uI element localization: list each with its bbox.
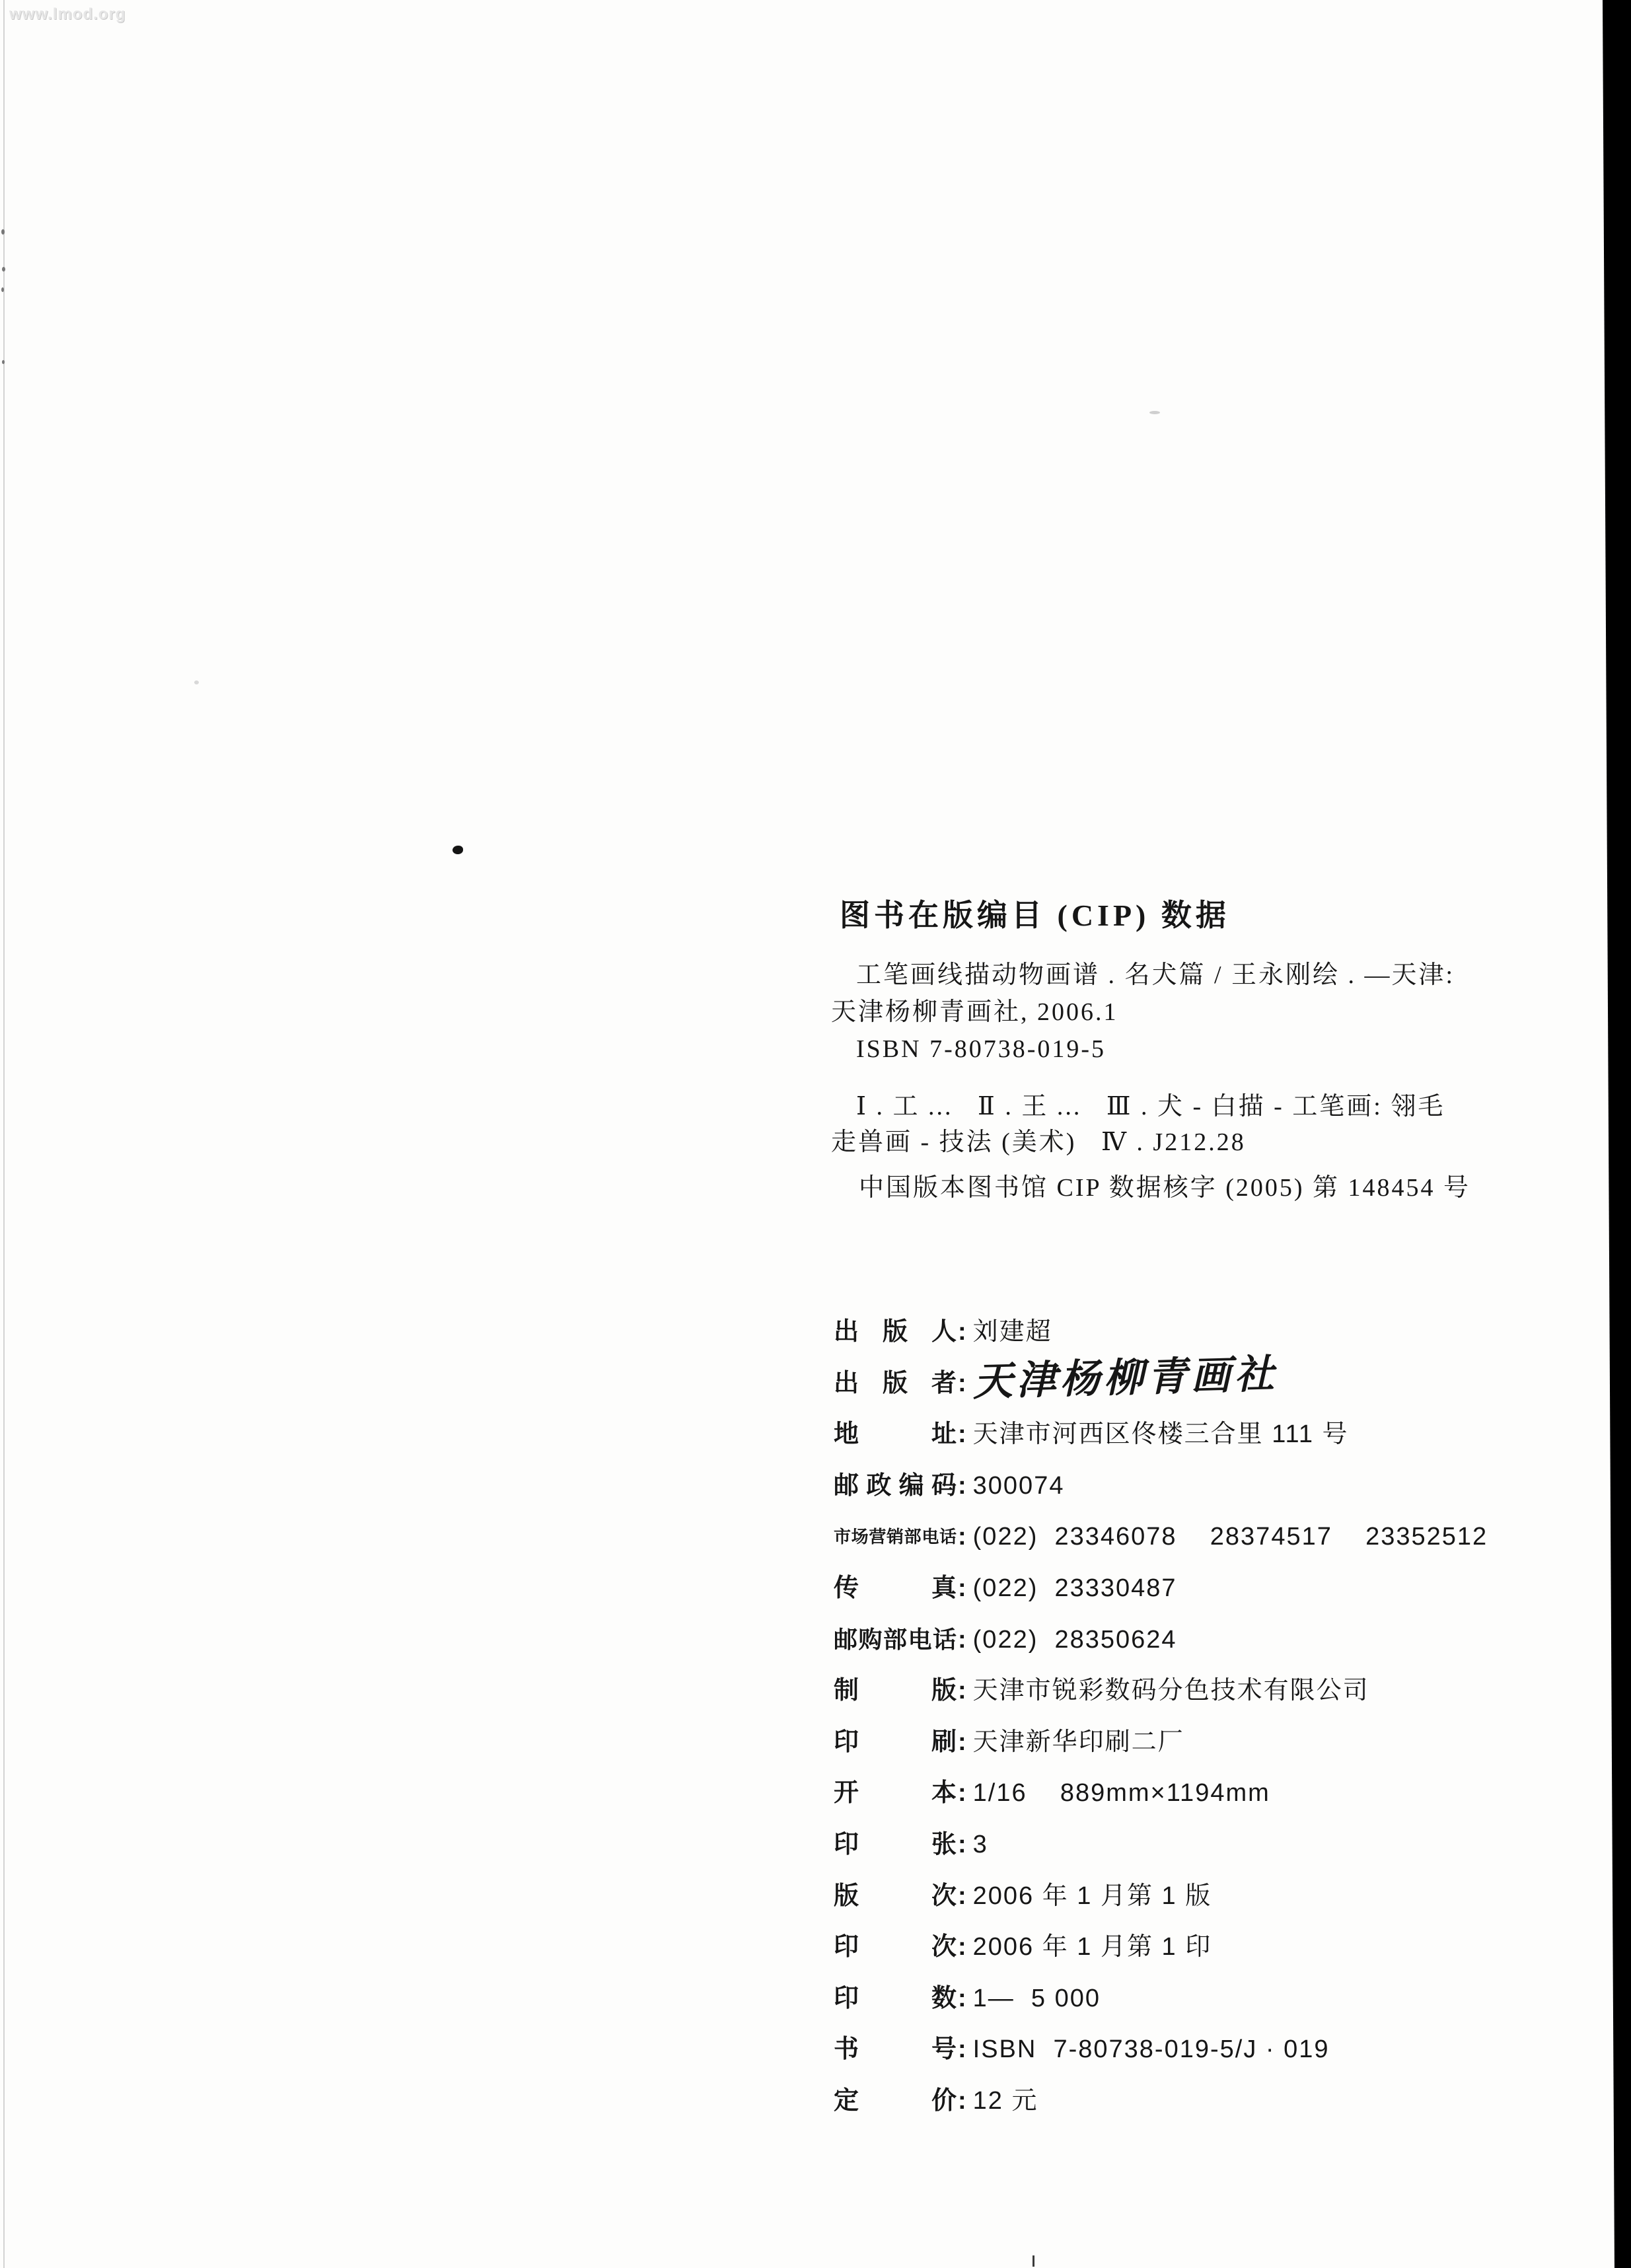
row-label: 地址	[834, 1418, 957, 1450]
row-colon: :	[958, 1675, 966, 1706]
row-value: (022) 23346078 28374517 23352512	[973, 1521, 1488, 1553]
row-label: 开本	[834, 1777, 957, 1809]
cip-entry: 工笔画线描动物画谱 . 名犬篇 / 王永刚绘 . —天津: 天津杨柳青画社, 2…	[831, 957, 1531, 1068]
cip-entry-line: ISBN 7-80738-019-5	[831, 1031, 1531, 1068]
row-label: 版次	[834, 1880, 957, 1912]
row-value: 12 元	[973, 2085, 1038, 2117]
row-value: 300074	[973, 1470, 1065, 1502]
scan-speck	[1, 287, 4, 292]
colophon-row-book-number: 书号:ISBN 7-80738-019-5/J · 019	[834, 2033, 1560, 2085]
row-value: 2006 年 1 月第 1 版	[973, 1880, 1212, 1912]
row-value: 天津市河西区佟楼三合里 111 号	[973, 1418, 1349, 1450]
row-colon: :	[958, 1829, 966, 1860]
row-value: (022) 28350624	[973, 1624, 1177, 1656]
row-colon: :	[958, 1316, 966, 1348]
row-label: 传真	[834, 1572, 957, 1604]
row-colon: :	[958, 2085, 966, 2117]
row-colon: :	[958, 1880, 966, 1912]
colophon-row-edition: 版次:2006 年 1 月第 1 版	[834, 1880, 1560, 1932]
colophon-row-postcode: 邮政编码:300074	[834, 1470, 1560, 1521]
row-colon: :	[958, 1470, 966, 1502]
row-label: 定价	[834, 2085, 957, 2117]
scan-speck	[1, 229, 5, 235]
row-colon: :	[958, 1418, 966, 1450]
scan-smudge	[194, 680, 199, 684]
cip-entry-line: 工笔画线描动物画谱 . 名犬篇 / 王永刚绘 . —天津:	[831, 957, 1531, 994]
row-colon: :	[958, 1521, 966, 1553]
scan-speck	[2, 360, 5, 364]
row-value: 1— 5 000	[973, 1983, 1101, 2014]
row-colon: :	[958, 1726, 966, 1758]
row-colon: :	[958, 1368, 966, 1399]
row-label: 印刷	[834, 1726, 957, 1758]
row-label: 邮购部电话	[834, 1624, 957, 1656]
cip-classification: Ⅰ . 工 ... Ⅱ . 王 ... Ⅲ . 犬 - 白描 - 工笔画: 翎毛…	[831, 1089, 1531, 1160]
row-colon: :	[958, 2033, 966, 2065]
row-value: 刘建超	[973, 1316, 1052, 1348]
row-value: 天津新华印刷二厂	[973, 1726, 1184, 1758]
row-colon: :	[958, 1624, 966, 1656]
scanned-copyright-page: www.lmod.org 图书在版编目 (CIP) 数据 工笔画线描动物画谱 .…	[0, 0, 1631, 2268]
colophon-row-address: 地址:天津市河西区佟楼三合里 111 号	[834, 1418, 1560, 1470]
row-value: 3	[973, 1829, 988, 1860]
colophon-row-sheets: 印张:3	[834, 1829, 1560, 1880]
scan-smudge	[1149, 411, 1160, 414]
watermark-text: www.lmod.org	[9, 5, 126, 24]
cip-class-line: Ⅰ . 工 ... Ⅱ . 王 ... Ⅲ . 犬 - 白描 - 工笔画: 翎毛	[831, 1089, 1531, 1124]
ink-dot	[453, 846, 463, 854]
cip-title: 图书在版编目 (CIP) 数据	[840, 898, 1531, 933]
row-value: 1/16 889mm×1194mm	[973, 1777, 1270, 1809]
colophon-row-mailorder-phone: 邮购部电话:(022) 28350624	[834, 1624, 1560, 1675]
row-label: 市场营销部电话	[834, 1521, 957, 1553]
row-label: 出版人	[834, 1316, 957, 1348]
row-colon: :	[958, 1572, 966, 1604]
row-value: ISBN 7-80738-019-5/J · 019	[973, 2033, 1330, 2065]
scan-black-edge	[1599, 0, 1631, 2268]
scan-left-edge-line	[3, 0, 5, 2268]
colophon-row-fax: 传真:(022) 23330487	[834, 1572, 1560, 1624]
colophon-row-impression: 印次:2006 年 1 月第 1 印	[834, 1931, 1560, 1983]
colophon-row-plate-making: 制版:天津市锐彩数码分色技术有限公司	[834, 1675, 1560, 1726]
colophon-block: 出版人:刘建超 出版者:天津杨柳青画社 地址:天津市河西区佟楼三合里 111 号…	[834, 1316, 1560, 2137]
row-label: 印数	[834, 1983, 957, 2014]
colophon-row-printing: 印刷:天津新华印刷二厂	[834, 1726, 1560, 1778]
scan-tick	[1033, 2255, 1034, 2267]
row-label: 邮政编码	[834, 1470, 957, 1502]
colophon-row-format: 开本:1/16 889mm×1194mm	[834, 1777, 1560, 1829]
row-value: 2006 年 1 月第 1 印	[973, 1931, 1212, 1963]
cip-entry-line: 天津杨柳青画社, 2006.1	[831, 994, 1531, 1031]
row-value: 天津市锐彩数码分色技术有限公司	[973, 1675, 1369, 1706]
row-label: 制版	[834, 1675, 957, 1706]
row-label: 出版者	[834, 1368, 957, 1399]
cip-record-line: 中国版本图书馆 CIP 数据核字 (2005) 第 148454 号	[831, 1170, 1531, 1206]
colophon-row-marketing-phone: 市场营销部电话:(022) 23346078 28374517 23352512	[834, 1521, 1560, 1572]
row-value: (022) 23330487	[973, 1572, 1177, 1604]
row-label: 书号	[834, 2033, 957, 2065]
colophon-row-print-run: 印数:1— 5 000	[834, 1983, 1560, 2034]
row-label: 印次	[834, 1931, 957, 1963]
colophon-row-publisher: 出版者:天津杨柳青画社	[834, 1368, 1560, 1419]
cip-class-line: 走兽画 - 技法 (美术) Ⅳ . J212.28	[831, 1124, 1531, 1160]
row-colon: :	[958, 1931, 966, 1963]
row-label: 印张	[834, 1829, 957, 1860]
colophon-row-price: 定价:12 元	[834, 2085, 1560, 2137]
row-colon: :	[958, 1983, 966, 2014]
row-colon: :	[958, 1777, 966, 1809]
cip-block: 图书在版编目 (CIP) 数据 工笔画线描动物画谱 . 名犬篇 / 王永刚绘 .…	[831, 898, 1531, 1206]
publisher-signature: 天津杨柳青画社	[972, 1354, 1278, 1402]
scan-speck	[2, 267, 5, 272]
